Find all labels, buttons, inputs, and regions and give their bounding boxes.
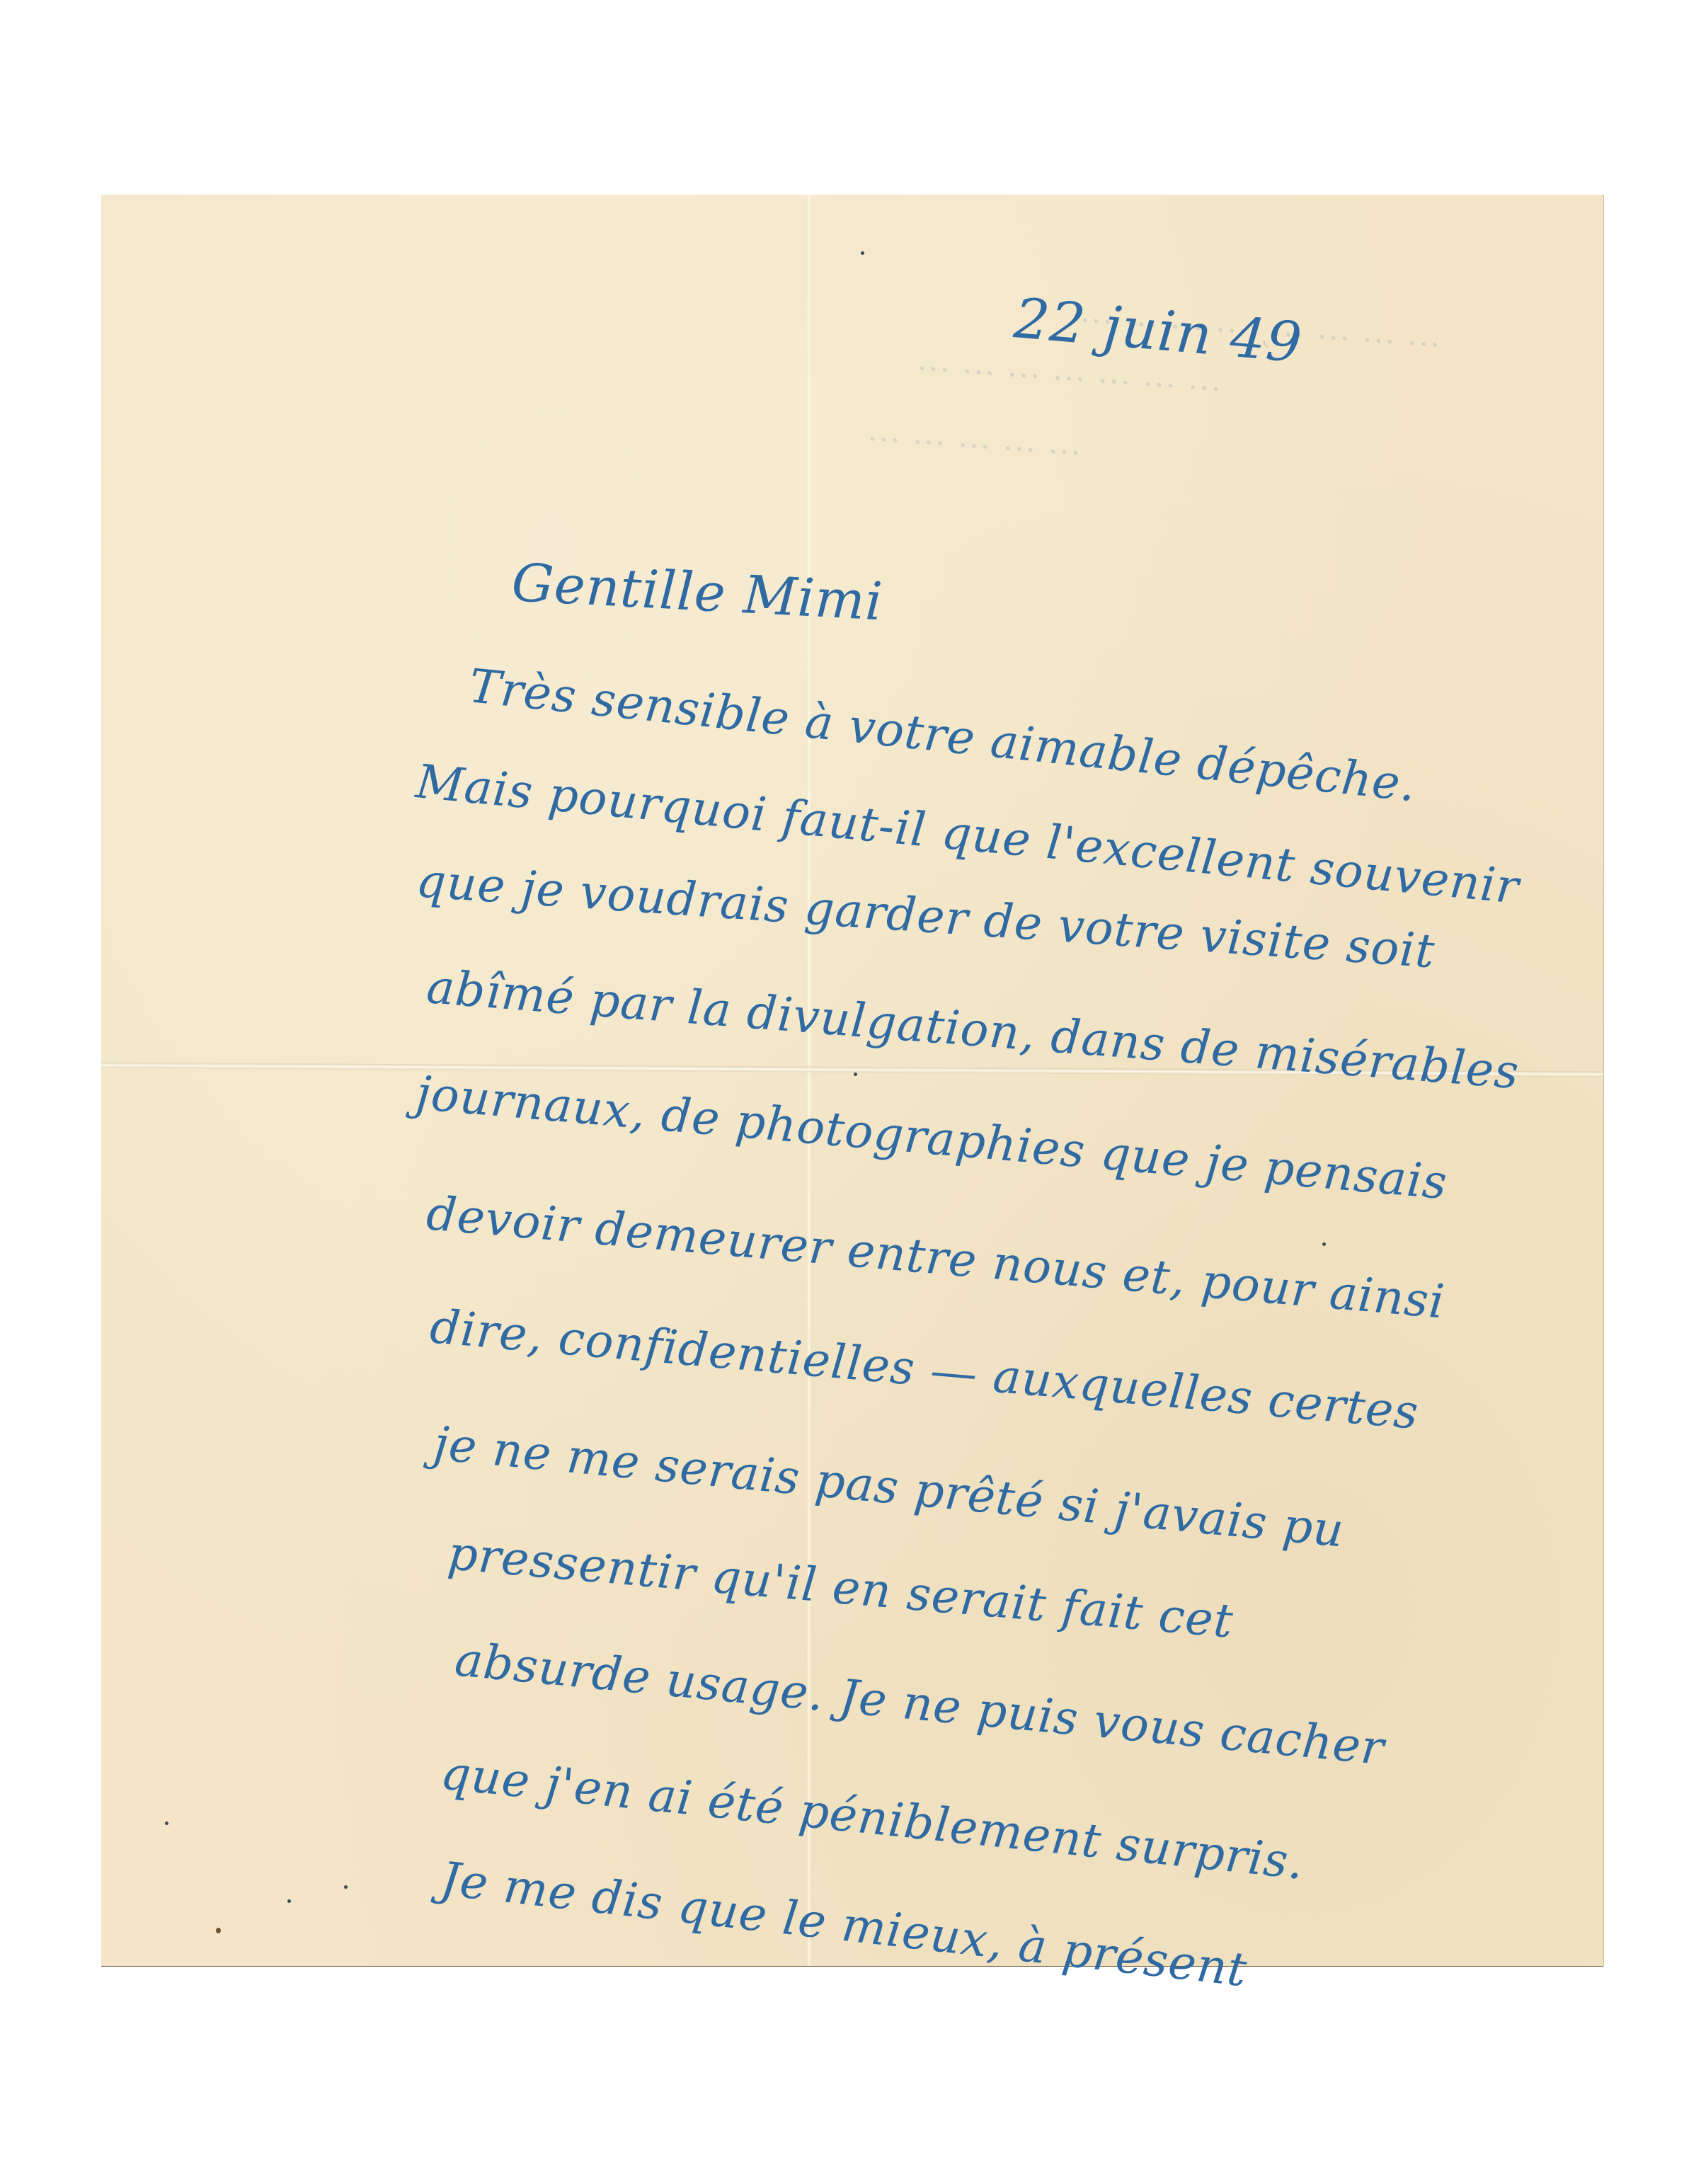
paper-speck (861, 251, 864, 255)
letter-paper: ··· ··· ··· ···, ··· ··· ··· ··· ··· ···… (101, 195, 1603, 1966)
paper-speck (854, 1073, 857, 1076)
paper-speck (165, 1822, 168, 1825)
paper-speck (287, 1899, 291, 1903)
letter-salutation: Gentille Mimi (510, 552, 885, 632)
paper-speck (344, 1885, 348, 1889)
letter-line: dire, confidentielles — auxquelles certe… (428, 1299, 1421, 1440)
bleed-through-text: ··· ··· ··· ··· ··· (865, 421, 1082, 471)
letter-line: pressentir qu'il en serait fait cet (446, 1526, 1236, 1649)
paper-stain (216, 1928, 221, 1933)
paper-speck (1322, 1242, 1326, 1246)
letter-line: journaux, de photographies que je pensai… (414, 1065, 1450, 1210)
letter-line: abîmé par la divulgation, dans de miséra… (425, 959, 1521, 1099)
letter-line: Je me dis que le mieux, à présent (438, 1851, 1250, 1997)
letter-line: devoir demeurer entre nous et, pour ains… (425, 1186, 1448, 1330)
letter-line: absurde usage. Je ne puis vous cacher (452, 1632, 1387, 1776)
